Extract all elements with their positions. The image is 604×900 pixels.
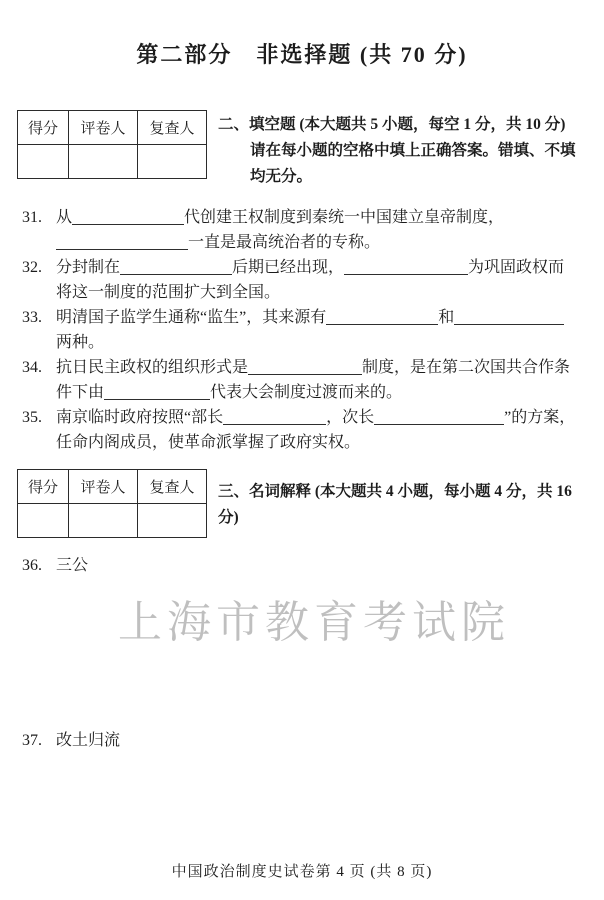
reviewer-value-cell (138, 145, 207, 179)
question-row: 35.南京临时政府按照“部长，次长”的方案，任命内阁成员，使革命派掌握了政府实权… (22, 405, 580, 455)
exam-page: 第二部分 非选择题 (共 70 分) 得分 评卷人 复查人 二、填空题 (本大题… (0, 0, 604, 900)
grader-value-cell (69, 145, 138, 179)
grader-header-cell: 评卷人 (69, 470, 138, 504)
section-3-heading-text: 三、名词解释 (本大题共 4 小题，每小题 4 分，共 16 分) (218, 479, 580, 531)
reviewer-value-cell (138, 504, 207, 538)
section-2-heading: 二、填空题 (本大题共 5 小题，每空 1 分，共 10 分) 请在每小题的空格… (218, 110, 580, 190)
question-number: 32. (22, 255, 48, 305)
score-table-terms: 得分 评卷人 复查人 (17, 469, 207, 538)
score-header-cell: 得分 (18, 111, 69, 145)
page-footer: 中国政治制度史试卷第 4 页 (共 8 页) (0, 860, 604, 881)
question-text: 抗日民主政权的组织形式是制度，是在第二次国共合作条件下由代表大会制度过渡而来的。 (56, 355, 580, 405)
score-header-cell: 得分 (18, 470, 69, 504)
score-table-header-row: 得分 评卷人 复查人 (18, 111, 207, 145)
answer-blank (104, 399, 210, 400)
answer-blank (454, 324, 564, 325)
answer-blank (120, 274, 232, 275)
score-table-empty-row (18, 504, 207, 538)
answer-blank (374, 424, 504, 425)
section-2-note: 请在每小题的空格中填上正确答案。错填、不填均无分。 (218, 138, 580, 190)
grader-value-cell (69, 504, 138, 538)
question-36: 36. 三公 (22, 553, 580, 578)
question-number: 33. (22, 305, 48, 355)
question-37: 37. 改土归流 (22, 728, 580, 753)
question-text: 明清国子监学生通称“监生”，其来源有和两种。 (56, 305, 580, 355)
question-text: 三公 (56, 553, 580, 578)
question-number: 36. (22, 553, 48, 578)
question-row: 34.抗日民主政权的组织形式是制度，是在第二次国共合作条件下由代表大会制度过渡而… (22, 355, 580, 405)
score-value-cell (18, 504, 69, 538)
fill-blank-questions: 31.从代创建王权制度到秦统一中国建立皇帝制度，一直是最高统治者的专称。32.分… (22, 205, 580, 455)
section-2-header-row: 得分 评卷人 复查人 二、填空题 (本大题共 5 小题，每空 1 分，共 10 … (17, 110, 580, 190)
score-table-fill-blank: 得分 评卷人 复查人 (17, 110, 207, 179)
question-number: 34. (22, 355, 48, 405)
section-3-heading: 三、名词解释 (本大题共 4 小题，每小题 4 分，共 16 分) (218, 477, 580, 531)
question-row: 33.明清国子监学生通称“监生”，其来源有和两种。 (22, 305, 580, 355)
answer-blank (223, 424, 326, 425)
answer-blank (344, 274, 468, 275)
question-text: 从代创建王权制度到秦统一中国建立皇帝制度，一直是最高统治者的专称。 (56, 205, 580, 255)
answer-blank (72, 224, 184, 225)
section-3-header-row: 得分 评卷人 复查人 三、名词解释 (本大题共 4 小题，每小题 4 分，共 1… (17, 469, 580, 538)
reviewer-header-cell: 复查人 (138, 470, 207, 504)
score-value-cell (18, 145, 69, 179)
question-text: 南京临时政府按照“部长，次长”的方案，任命内阁成员，使革命派掌握了政府实权。 (56, 405, 580, 455)
question-text: 改土归流 (56, 728, 580, 753)
question-number: 35. (22, 405, 48, 455)
question-number: 31. (22, 205, 48, 255)
answer-blank (56, 249, 188, 250)
reviewer-header-cell: 复查人 (138, 111, 207, 145)
answer-blank (248, 374, 362, 375)
score-table-empty-row (18, 145, 207, 179)
answer-blank (326, 324, 438, 325)
grader-header-cell: 评卷人 (69, 111, 138, 145)
score-table-header-row: 得分 评卷人 复查人 (18, 470, 207, 504)
watermark: 上海市教育考试院 (12, 586, 604, 650)
question-row: 32.分封制在后期已经出现，为巩固政权而将这一制度的范围扩大到全国。 (22, 255, 580, 305)
section-2-heading-text: 二、填空题 (本大题共 5 小题，每空 1 分，共 10 分) (218, 112, 580, 138)
question-text: 分封制在后期已经出现，为巩固政权而将这一制度的范围扩大到全国。 (56, 255, 580, 305)
question-row: 31.从代创建王权制度到秦统一中国建立皇帝制度，一直是最高统治者的专称。 (22, 205, 580, 255)
question-number: 37. (22, 728, 48, 753)
page-title: 第二部分 非选择题 (共 70 分) (0, 40, 604, 70)
